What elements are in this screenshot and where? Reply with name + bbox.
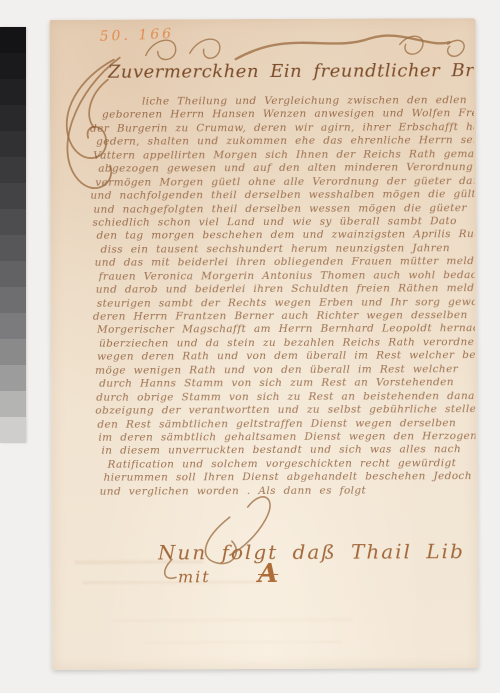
ink-bleed-mark bbox=[82, 581, 262, 584]
manuscript-heading: Zuvermerckhen Ein freundtlicher Bruder,„ bbox=[108, 60, 474, 92]
calibration-step bbox=[0, 261, 26, 287]
calibration-step bbox=[0, 391, 26, 417]
calibration-step bbox=[0, 53, 26, 79]
calibration-step bbox=[0, 313, 26, 339]
calibration-step bbox=[0, 183, 26, 209]
header-flourish bbox=[146, 35, 465, 59]
calibration-step bbox=[0, 157, 26, 183]
grayscale-calibration-strip bbox=[0, 27, 26, 443]
calibration-step bbox=[0, 417, 26, 443]
calibration-step bbox=[0, 339, 26, 365]
calibration-step bbox=[0, 27, 26, 53]
closing-word: mit bbox=[178, 567, 211, 586]
calibration-step bbox=[0, 365, 26, 391]
calibration-step bbox=[0, 235, 26, 261]
calibration-step bbox=[0, 79, 26, 105]
archival-note: 50. 166 bbox=[99, 26, 174, 45]
ink-bleed-mark bbox=[142, 641, 342, 644]
calibration-step bbox=[0, 287, 26, 313]
calibration-step bbox=[0, 209, 26, 235]
ink-bleed-mark bbox=[112, 619, 352, 622]
manuscript-line: und verglichen worden . Als dann es folg… bbox=[100, 484, 476, 499]
monogram-a: A bbox=[258, 559, 278, 589]
manuscript-body: liche Theilung und Vergleichung zwischen… bbox=[90, 94, 476, 506]
manuscript-page: 50. 166 Zuvermerckhen Ein freundtlicher … bbox=[50, 18, 479, 670]
closing-line: Nun folgt daß Thail Libell bbox=[158, 539, 463, 568]
calibration-step bbox=[0, 105, 26, 131]
calibration-step bbox=[0, 131, 26, 157]
archive-photograph: 50. 166 Zuvermerckhen Ein freundtlicher … bbox=[0, 0, 500, 693]
